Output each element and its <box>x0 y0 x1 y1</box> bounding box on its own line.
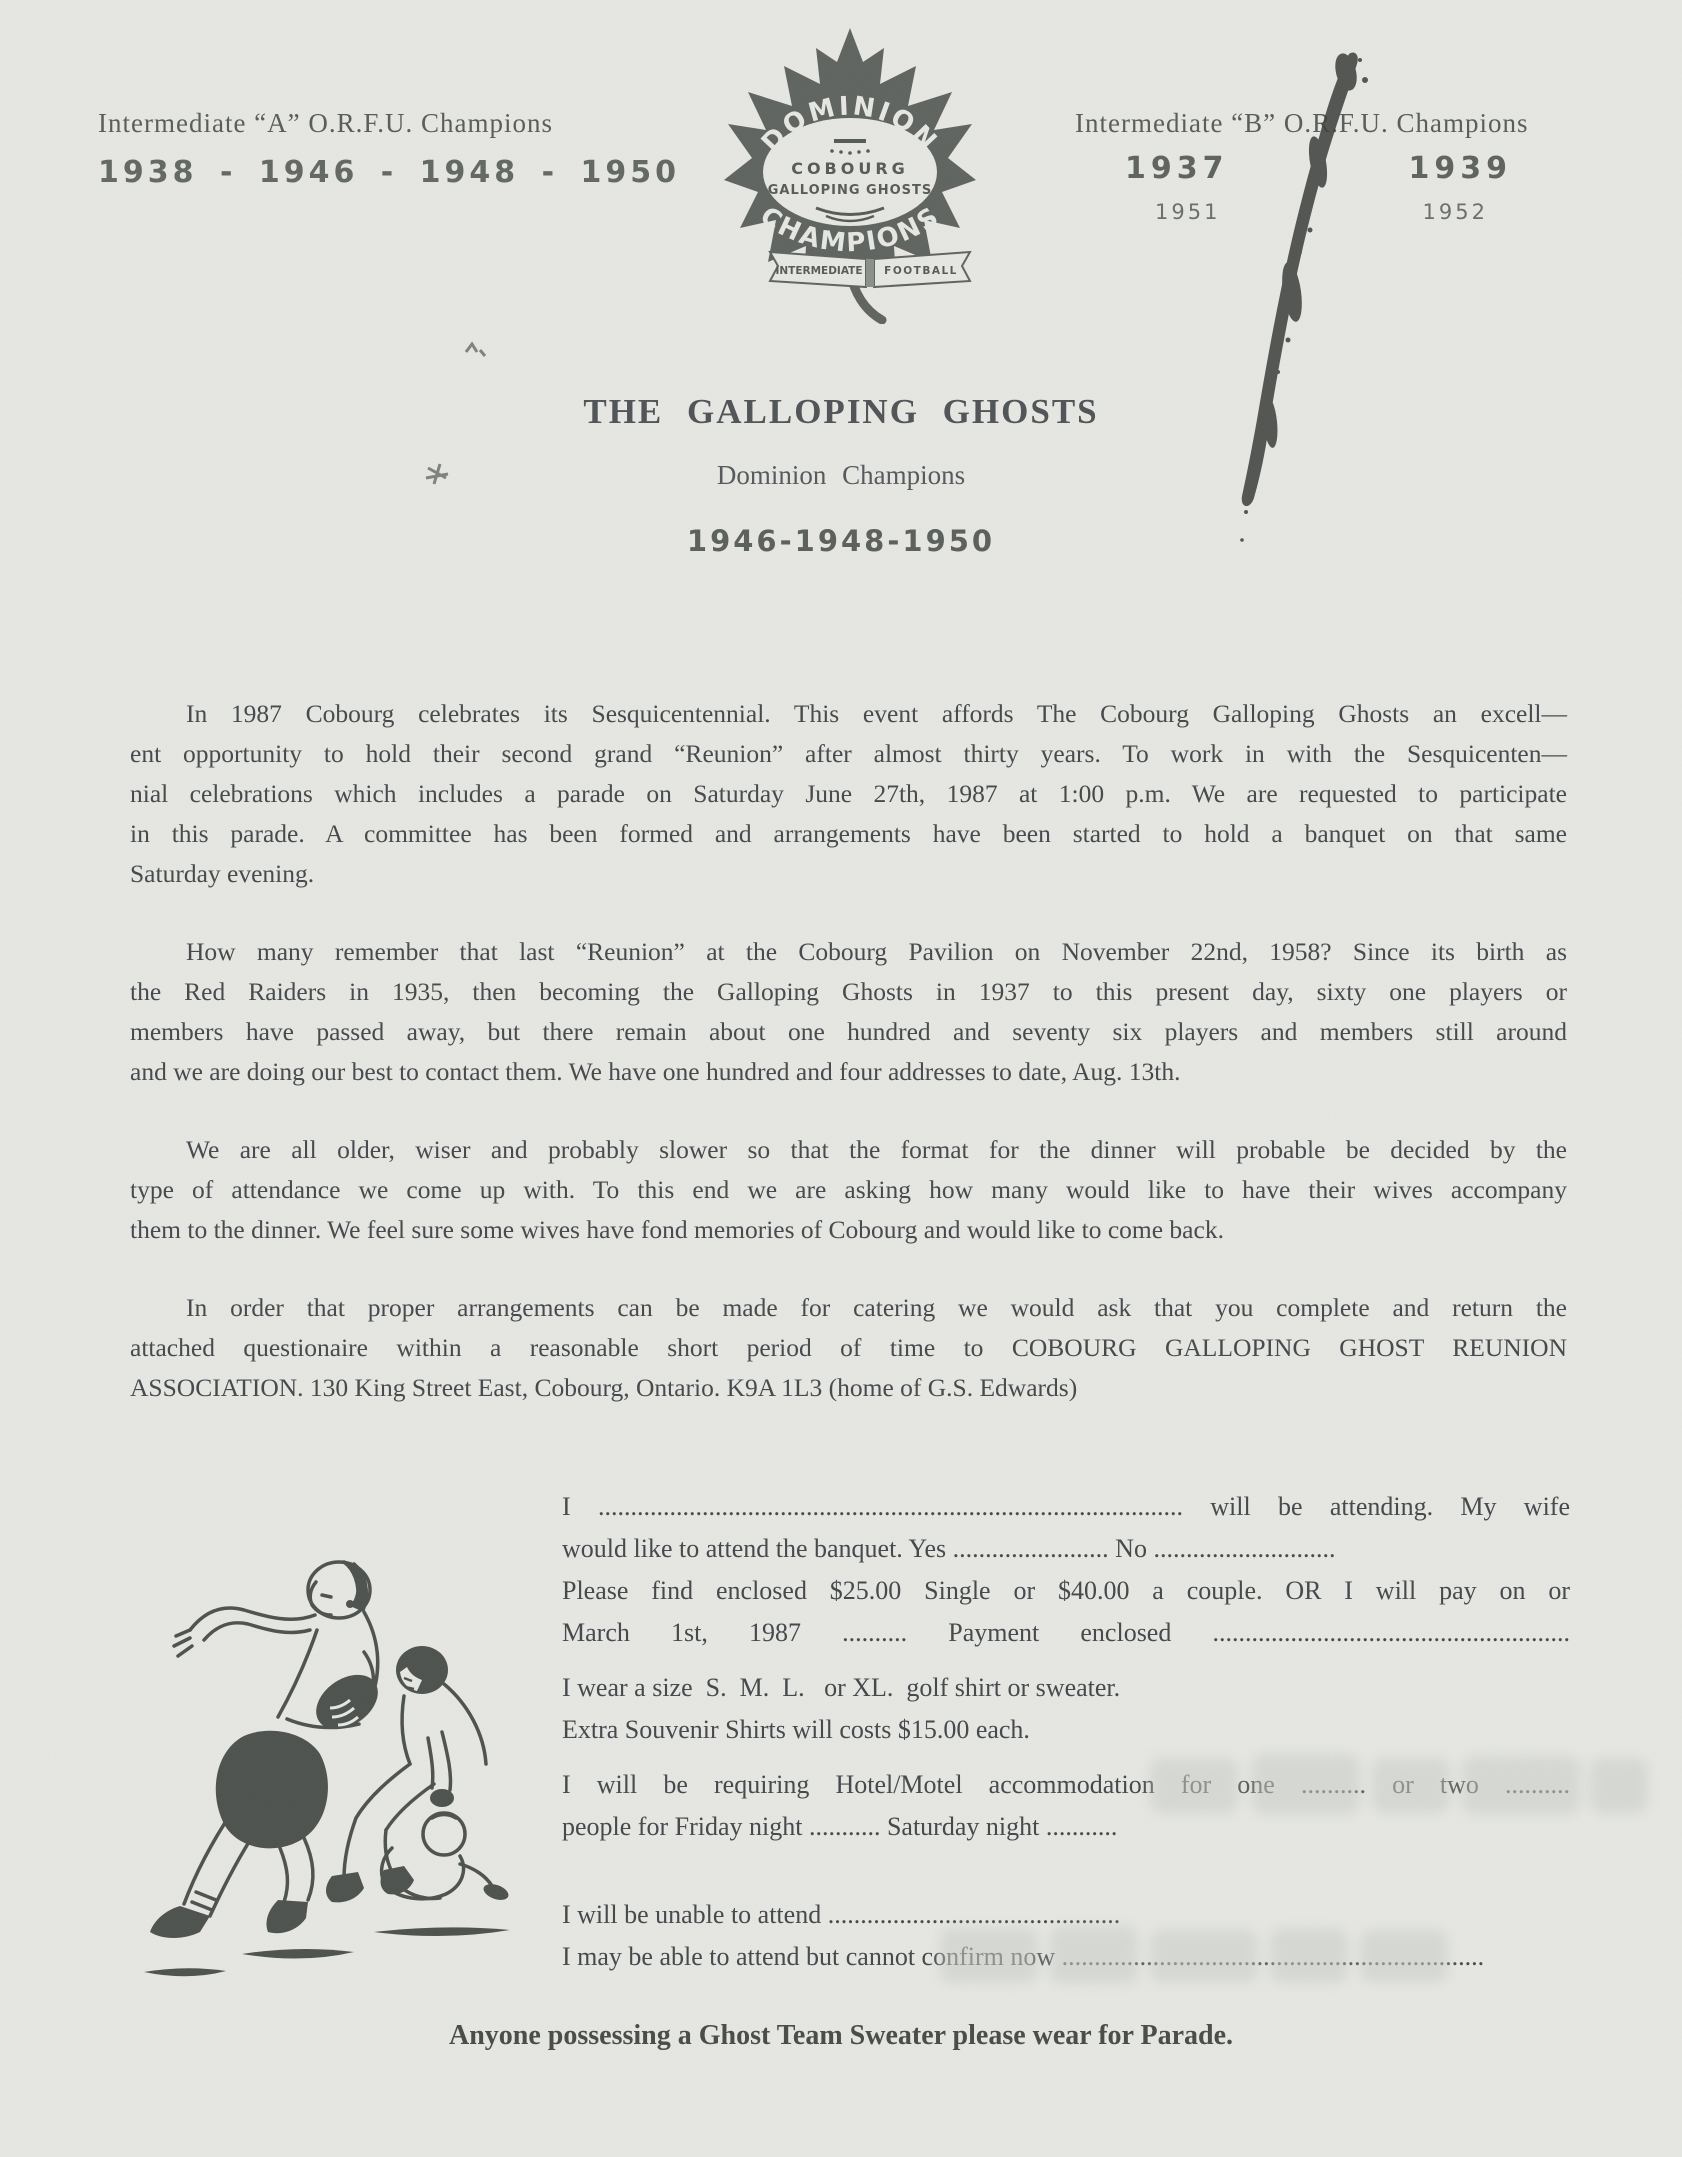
body-line: How many remember that last “Reunion” at… <box>130 932 1567 972</box>
scanned-letter-page: Intermediate “A” O.R.F.U. Champions 1938… <box>0 0 1682 2157</box>
form-line-wife-yes-no: would like to attend the banquet. Yes ..… <box>562 1528 1570 1570</box>
ink-smudge-icon <box>1150 40 1450 600</box>
banner-left-text: INTERMEDIATE <box>775 265 862 277</box>
intermediate-a-years: 1938 - 1946 - 1948 - 1950 <box>98 155 628 190</box>
body-line: Saturday evening. <box>130 854 1567 894</box>
body-line: In order that proper arrangements can be… <box>130 1288 1567 1328</box>
show-through-watermark <box>900 1700 1660 2030</box>
maple-leaf-champions-logo-icon: DOMINION CHAMPIONS COBOURG GALLOPING GHO… <box>716 22 984 324</box>
body-line: and we are doing our best to contact the… <box>130 1052 1567 1092</box>
form-line-enclosed: Please find enclosed $25.00 Single or $4… <box>562 1570 1570 1612</box>
paragraph-4: In order that proper arrangements can be… <box>130 1288 1567 1408</box>
body-line: type of attendance we come up with. To t… <box>130 1170 1567 1210</box>
form-group-attendance: I ......................................… <box>562 1486 1570 1654</box>
body-line: In 1987 Cobourg celebrates its Sesquicen… <box>130 694 1567 734</box>
paragraph-2: How many remember that last “Reunion” at… <box>130 932 1567 1092</box>
form-line-attending: I ......................................… <box>562 1486 1570 1528</box>
banner-fold <box>866 259 874 287</box>
football-players-illustration <box>92 1512 522 1982</box>
banner-right-text: FOOTBALL <box>884 265 958 277</box>
paragraph-1: In 1987 Cobourg celebrates its Sesquicen… <box>130 694 1567 894</box>
header-left: Intermediate “A” O.R.F.U. Champions 1938… <box>98 108 628 190</box>
vintage-football-players-icon <box>92 1512 522 1982</box>
body-line: the Red Raiders in 1935, then becoming t… <box>130 972 1567 1012</box>
body-line: ASSOCIATION. 130 King Street East, Cobou… <box>130 1368 1567 1408</box>
body-line: We are all older, wiser and probably slo… <box>130 1130 1567 1170</box>
maple-leaf-crest-svg: DOMINION CHAMPIONS COBOURG GALLOPING GHO… <box>716 22 984 324</box>
intermediate-a-title: Intermediate “A” O.R.F.U. Champions <box>98 108 628 139</box>
body-line: members have passed away, but there rema… <box>130 1012 1567 1052</box>
body-line: in this parade. A committee has been for… <box>130 814 1567 854</box>
letter-body: In 1987 Cobourg celebrates its Sesquicen… <box>130 694 1567 1446</box>
form-line-payment: March 1st, 1987 .......... Payment enclo… <box>562 1612 1570 1654</box>
body-line: them to the dinner. We feel sure some wi… <box>130 1210 1567 1250</box>
body-line: nial celebrations which includes a parad… <box>130 774 1567 814</box>
body-line: attached questionaire within a reasonabl… <box>130 1328 1567 1368</box>
body-line: ent opportunity to hold their second gra… <box>130 734 1567 774</box>
logo-oval-line1: COBOURG <box>791 159 909 178</box>
logo-oval-line2: GALLOPING GHOSTS <box>768 183 933 198</box>
paragraph-3: We are all older, wiser and probably slo… <box>130 1130 1567 1250</box>
